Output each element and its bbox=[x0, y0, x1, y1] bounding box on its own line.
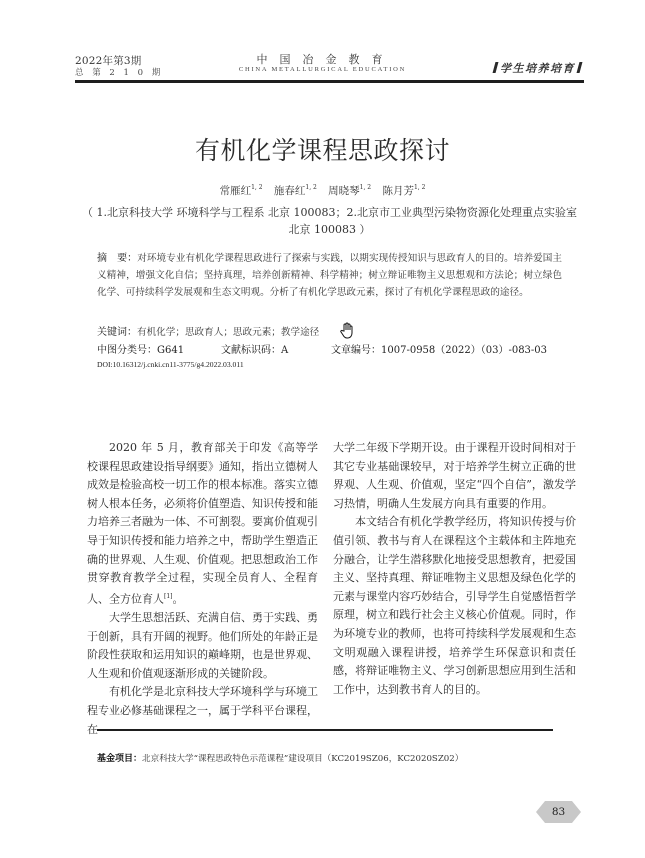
section-label: 学生培养培育 bbox=[480, 60, 584, 76]
body-column-left: 2020 年 5 月，教育部关于印发《高等学校课程思政建设指导纲要》通知，指出立… bbox=[87, 439, 318, 739]
article-title: 有机化学课程思政探讨 bbox=[0, 131, 645, 167]
article-no-group: 文章编号：1007-0958（2022）（03）-083-03 bbox=[331, 341, 547, 356]
section-bar-left bbox=[493, 62, 499, 73]
doi: DOI:10.16312/j.cnki.cn11-3775/g4.2022.03… bbox=[97, 360, 244, 369]
author: 常雁红1, 2 bbox=[220, 185, 263, 197]
classification-line: 中图分类号：G641文献标识码：A文章编号：1007-0958（2022）（03… bbox=[97, 341, 567, 356]
page-number: 83 bbox=[536, 801, 581, 823]
author-name: 常雁红 bbox=[220, 185, 252, 197]
keywords-label: 关键词： bbox=[97, 327, 137, 338]
fund-text: 北京科技大学“课程思政特色示范课程”建设项目（KC2019SZ06，KC2020… bbox=[142, 754, 463, 764]
author-name: 周晓琴 bbox=[328, 185, 360, 197]
article-no-value: 1007-0958（2022）（03）-083-03 bbox=[381, 345, 547, 356]
keywords: 关键词：有机化学；思政育人；思政元素；教学途径 bbox=[97, 323, 319, 338]
paragraph-text: 2020 年 5 月，教育部关于印发《高等学校课程思政建设指导纲要》通知，指出立… bbox=[87, 441, 318, 605]
fund-label: 基金项目： bbox=[97, 754, 142, 764]
author-affil-mark: 1, 2 bbox=[251, 184, 262, 191]
hand-pointer-icon bbox=[339, 322, 355, 340]
body-paragraph: 大学生思想活跃、充满自信、勇于实践、勇于创新，具有开阔的视野。他们所处的年龄正是… bbox=[87, 609, 318, 683]
doc-code-label: 文献标识码： bbox=[221, 345, 281, 356]
abstract-text: 对环境专业有机化学课程思政进行了探索与实践，以期实现传授知识与思政育人的目的。培… bbox=[97, 253, 562, 298]
author-affil-mark: 1, 2 bbox=[360, 184, 371, 191]
citation-mark: [1] bbox=[164, 593, 173, 600]
doc-code-group: 文献标识码：A bbox=[221, 341, 331, 356]
header-rule bbox=[75, 80, 584, 83]
abstract-label: 摘 要： bbox=[97, 253, 137, 264]
abstract: 摘 要：对环境专业有机化学课程思政进行了探索与实践，以期实现传授知识与思政育人的… bbox=[97, 250, 562, 301]
author: 施春红1, 2 bbox=[274, 185, 317, 197]
clc-value: G641 bbox=[157, 345, 184, 356]
fund-note: 基金项目：北京科技大学“课程思政特色示范课程”建设项目（KC2019SZ06，K… bbox=[97, 751, 463, 764]
author-name: 施春红 bbox=[274, 185, 306, 197]
author: 陈月芳1, 2 bbox=[382, 185, 425, 197]
keywords-text: 有机化学；思政育人；思政元素；教学途径 bbox=[137, 327, 319, 338]
section-bar-right bbox=[577, 62, 583, 73]
body-paragraph: 2020 年 5 月，教育部关于印发《高等学校课程思政建设指导纲要》通知，指出立… bbox=[87, 439, 318, 609]
clc-group: 中图分类号：G641 bbox=[97, 341, 221, 356]
body-column-right: 大学二年级下学期开设。由于课程开设时间相对于其它专业基础课较早，对于培养学生树立… bbox=[333, 439, 576, 699]
clc-label: 中图分类号： bbox=[97, 345, 157, 356]
doc-code-value: A bbox=[281, 345, 288, 356]
affiliation: （ 1.北京科技大学 环境科学与工程系 北京 100083；2.北京市工业典型污… bbox=[77, 204, 582, 238]
section-label-text: 学生培养培育 bbox=[500, 62, 575, 75]
footnote-rule bbox=[97, 729, 553, 731]
author-affil-mark: 1, 2 bbox=[305, 184, 316, 191]
article-no-label: 文章编号： bbox=[331, 345, 381, 356]
author-name: 陈月芳 bbox=[382, 185, 414, 197]
author-list: 常雁红1, 2 施春红1, 2 周晓琴1, 2 陈月芳1, 2 bbox=[0, 183, 645, 198]
body-paragraph: 本文结合有机化学教学经历，将知识传授与价值引领、教书与育人在课程这个主载体和主阵… bbox=[333, 513, 576, 699]
author-affil-mark: 1, 2 bbox=[414, 184, 425, 191]
body-paragraph: 大学二年级下学期开设。由于课程开设时间相对于其它专业基础课较早，对于培养学生树立… bbox=[333, 439, 576, 513]
author: 周晓琴1, 2 bbox=[328, 185, 371, 197]
